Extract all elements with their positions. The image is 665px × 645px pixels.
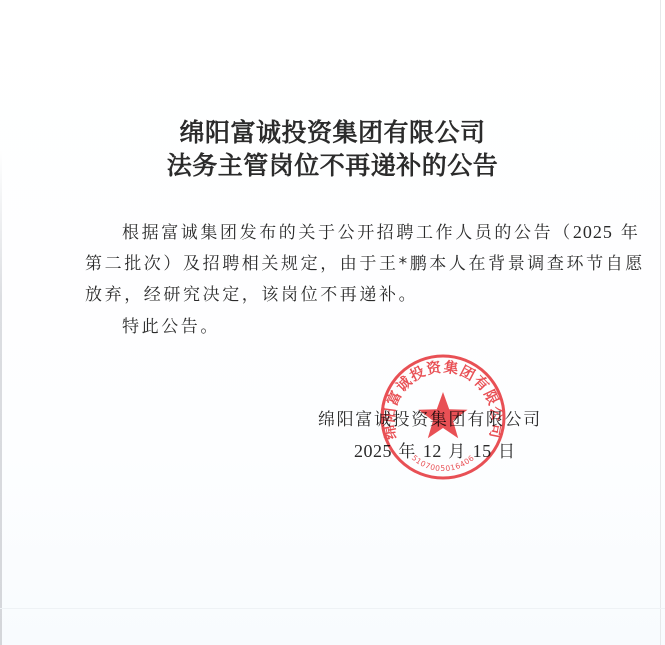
closing-line: 特此公告。 <box>85 312 585 344</box>
title-announcement: 法务主管岗位不再递补的公告 <box>0 151 665 181</box>
page-edge-right <box>660 0 661 645</box>
body-year-unit: 年 <box>613 223 641 243</box>
body-line-1-text: 根据富诚集团发布的关于公开招聘工作人员的公告（ <box>122 223 573 243</box>
seal-star-icon <box>419 392 468 438</box>
seal-code: 5107005016406 <box>410 453 476 473</box>
title-company: 绵阳富诚投资集团有限公司 <box>0 118 665 148</box>
official-seal-stamp: 绵阳富诚投资集团有限公司 5107005016406 <box>378 352 508 482</box>
scan-fold-line <box>0 608 665 609</box>
body-line-1: 根据富诚集团发布的关于公开招聘工作人员的公告（2025 年 <box>85 217 585 249</box>
body-line-2: 第二批次）及招聘相关规定，由于王*鹏本人在背景调查环节自愿 <box>85 249 585 281</box>
page-edge-left <box>0 150 2 645</box>
body-year: 2025 <box>573 222 613 242</box>
body-line-3: 放弃，经研究决定，该岗位不再递补。 <box>85 280 585 312</box>
document-page: 绵阳富诚投资集团有限公司 法务主管岗位不再递补的公告 根据富诚集团发布的关于公开… <box>0 0 665 645</box>
announcement-body: 根据富诚集团发布的关于公开招聘工作人员的公告（2025 年 第二批次）及招聘相关… <box>85 217 585 343</box>
